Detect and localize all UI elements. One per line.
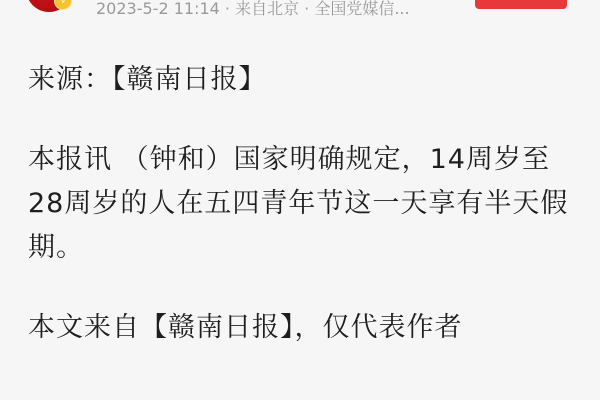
article-body: 来源：【赣南日报】 本报讯 （钟和）国家明确规定，14周岁至28周岁的人在五四青… [28, 58, 580, 350]
news-paragraph: 本报讯 （钟和）国家明确规定，14周岁至28周岁的人在五四青年节这一天享有半天假… [28, 138, 580, 270]
disclaimer-paragraph: 本文来自【赣南日报】，仅代表作者 [28, 306, 580, 350]
post-header: V 2023-5-2 11:14 · 来自北京 · 全国党媒信... [0, 0, 600, 34]
source-line: 来源：【赣南日报】 [28, 58, 580, 102]
follow-button[interactable] [475, 0, 567, 9]
post-meta-line: 2023-5-2 11:14 · 来自北京 · 全国党媒信... [96, 0, 410, 19]
